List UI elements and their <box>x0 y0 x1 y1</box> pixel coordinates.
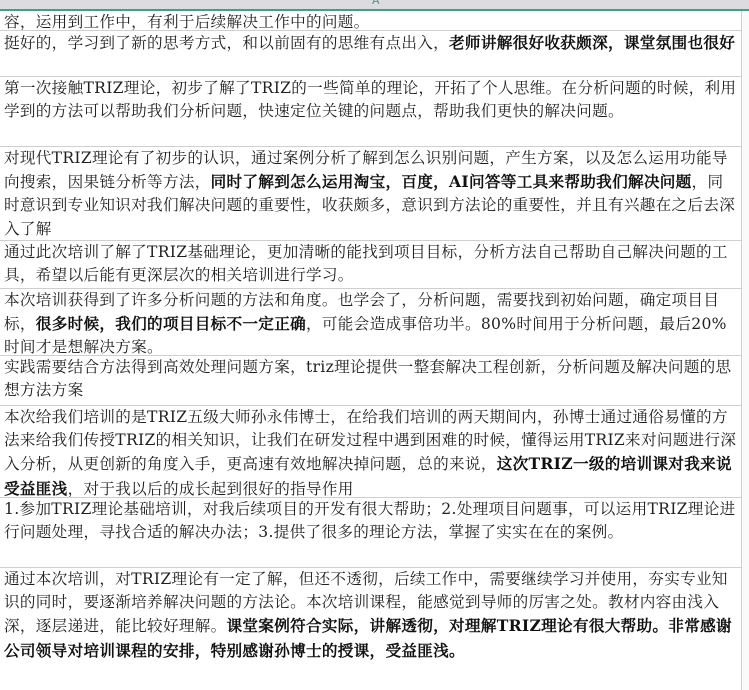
cell-text: 挺好的，学习到了新的思考方式，和以前固有的思维有点出入， <box>4 34 449 52</box>
table-cell-row-1[interactable]: 容，运用到工作中，有利于后续解决工作中的问题。 <box>0 11 741 31</box>
next-column <box>742 11 749 690</box>
cell-text: 容，运用到工作中，有利于后续解决工作中的问题。 <box>4 13 370 31</box>
bold-text: 老师讲解很好收获颇深，课堂氛围也很好 <box>449 33 735 52</box>
cell-text: 实践需要结合方法得到高效处理问题方案，triz理论提供一整套解决工程创新，分析问… <box>4 358 731 399</box>
cell-column-a: 容，运用到工作中，有利于后续解决工作中的问题。挺好的，学习到了新的思考方式，和以… <box>0 11 742 690</box>
column-header-bar[interactable]: A <box>0 0 749 11</box>
table-cell-row-6[interactable]: 本次培训获得到了许多分析问题的方法和角度。也学会了，分析问题，需要找到初始问题，… <box>0 289 741 356</box>
spreadsheet: A 容，运用到工作中，有利于后续解决工作中的问题。挺好的，学习到了新的思考方式，… <box>0 0 749 690</box>
cell-text: 1.参加TRIZ理论基础培训，对我后续项目的开发有很大帮助；2.处理项目问题事，… <box>4 500 736 541</box>
table-cell-row-4[interactable]: 对现代TRIZ理论有了初步的认识，通过案例分析了解到怎么识别问题，产生方案，以及… <box>0 147 741 241</box>
bold-text: 很多时候，我们的项目目标不一定正确 <box>36 314 306 333</box>
cell-text: ，对于我以后的成长起到很好的指导作用 <box>68 480 354 498</box>
column-header-a[interactable]: A <box>372 0 380 7</box>
table-cell-row-9[interactable]: 1.参加TRIZ理论基础培训，对我后续项目的开发有很大帮助；2.处理项目问题事，… <box>0 498 741 568</box>
table-cell-row-3[interactable]: 第一次接触TRIZ理论，初步了解了TRIZ的一些简单的理论，开拓了个人思维。在分… <box>0 77 741 147</box>
bold-text: 同时了解到怎么运用淘宝，百度，AI问答等工具来帮助我们解决问题 <box>211 172 692 191</box>
table-cell-row-2[interactable]: 挺好的，学习到了新的思考方式，和以前固有的思维有点出入，老师讲解很好收获颇深，课… <box>0 31 741 77</box>
table-cell-row-5[interactable]: 通过此次培训了解了TRIZ基础理论，更加清晰的能找到项目目标，分析方法自己帮助自… <box>0 241 741 289</box>
cell-text: 通过此次培训了解了TRIZ基础理论，更加清晰的能找到项目目标，分析方法自己帮助自… <box>4 243 728 284</box>
cell-text: 第一次接触TRIZ理论，初步了解了TRIZ的一些简单的理论，开拓了个人思维。在分… <box>4 79 736 120</box>
table-cell-row-8[interactable]: 本次给我们培训的是TRIZ五级大师孙永伟博士，在给我们培训的两天期间内，孙博士通… <box>0 406 741 498</box>
table-cell-row-10[interactable]: 通过本次培训，对TRIZ理论有一定了解，但还不透彻，后续工作中，需要继续学习并使… <box>0 568 741 690</box>
table-cell-row-7[interactable]: 实践需要结合方法得到高效处理问题方案，triz理论提供一整套解决工程创新，分析问… <box>0 356 741 406</box>
